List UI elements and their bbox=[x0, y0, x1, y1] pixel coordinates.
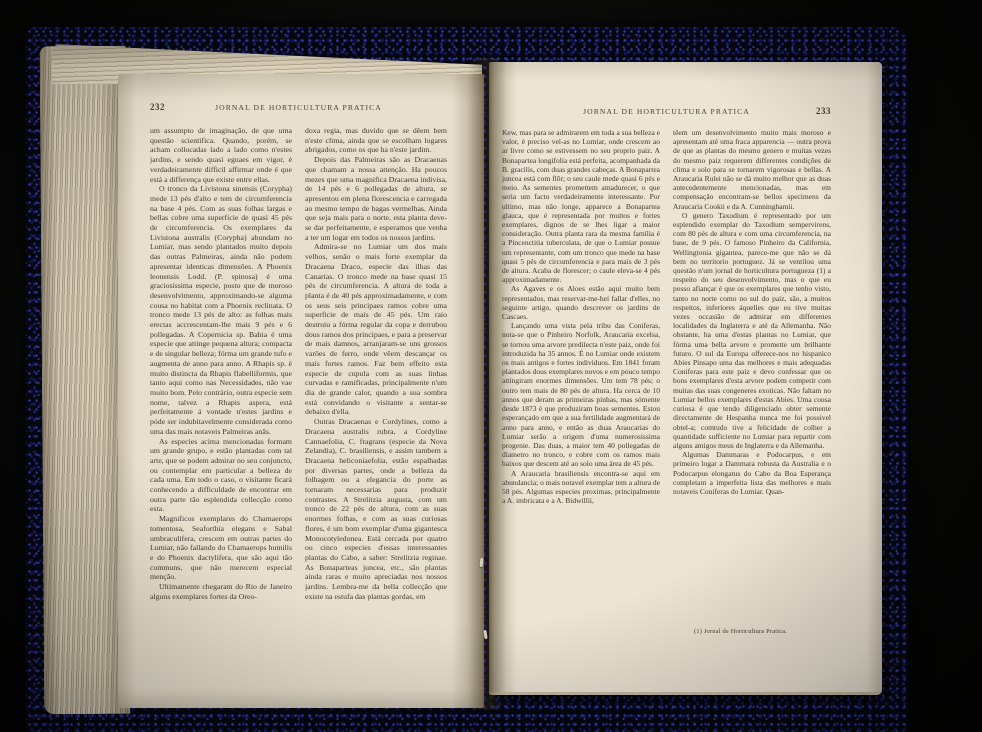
paragraph: O tronco da Livistona sinensis (Corypha)… bbox=[150, 184, 292, 436]
right-page: JORNAL DE HORTICULTURA PRATICA 233 Kew, … bbox=[489, 62, 882, 692]
left-page: 232 JORNAL DE HORTICULTURA PRATICA um as… bbox=[118, 74, 484, 708]
left-page-header: 232 JORNAL DE HORTICULTURA PRATICA bbox=[150, 102, 447, 112]
left-page-column-2: doxa regia, mas duvido que se dêem bem n… bbox=[305, 126, 447, 638]
paragraph: Lançando uma vista pela tribu das Conife… bbox=[502, 321, 660, 468]
paragraph: As especies acima mencionadas formam um … bbox=[150, 437, 292, 515]
footnote: (1) Jornal de Horticultura Pratica. bbox=[694, 628, 854, 635]
paragraph: um assumpto de imaginação, de que uma qu… bbox=[150, 126, 292, 184]
paragraph: têem um desenvolvimento muito mais moros… bbox=[673, 128, 831, 211]
book-photograph: 232 JORNAL DE HORTICULTURA PRATICA um as… bbox=[0, 0, 982, 732]
right-page-column-1: Kew, mas para se admirarem em toda a sua… bbox=[502, 128, 660, 622]
page-stack-fore-edge bbox=[40, 46, 131, 715]
paragraph: Depois das Palmeiras são as Dracaenas qu… bbox=[305, 155, 447, 242]
right-page-column-2: têem um desenvolvimento muito mais moros… bbox=[673, 128, 831, 622]
paragraph: Ultimamente chegaram do Rio de Janeiro a… bbox=[150, 582, 292, 601]
right-running-title: JORNAL DE HORTICULTURA PRATICA bbox=[540, 107, 793, 116]
paragraph: Admira-se no Lumiar um dos mais velhos, … bbox=[305, 242, 447, 417]
paragraph: Algumas Dammaras e Podocarpus, e em prim… bbox=[673, 450, 831, 496]
paragraph: doxa regia, mas duvido que se dêem bem n… bbox=[305, 126, 447, 155]
left-page-number: 232 bbox=[150, 102, 188, 112]
right-page-header: JORNAL DE HORTICULTURA PRATICA 233 bbox=[502, 106, 831, 116]
paragraph: Kew, mas para se admirarem em toda a sua… bbox=[502, 128, 660, 284]
paragraph: Magnificos exemplares do Chamaerops tome… bbox=[150, 514, 292, 582]
right-page-columns: Kew, mas para se admirarem em toda a sua… bbox=[502, 128, 831, 622]
left-page-column-1: um assumpto de imaginação, de que uma qu… bbox=[150, 126, 292, 638]
right-page-number: 233 bbox=[793, 106, 831, 116]
paragraph: As Agaves e os Aloes estão aqui muito be… bbox=[502, 284, 660, 321]
paragraph: A Araucaria brasiliensis encontra-se aqu… bbox=[502, 469, 660, 506]
left-running-title: JORNAL DE HORTICULTURA PRATICA bbox=[188, 103, 409, 112]
paragraph: O genero Taxodium é representado por um … bbox=[673, 211, 831, 450]
left-page-columns: um assumpto de imaginação, de que uma qu… bbox=[150, 126, 447, 638]
paragraph: Outras Dracaenas e Cordylines, como a Dr… bbox=[305, 417, 447, 601]
